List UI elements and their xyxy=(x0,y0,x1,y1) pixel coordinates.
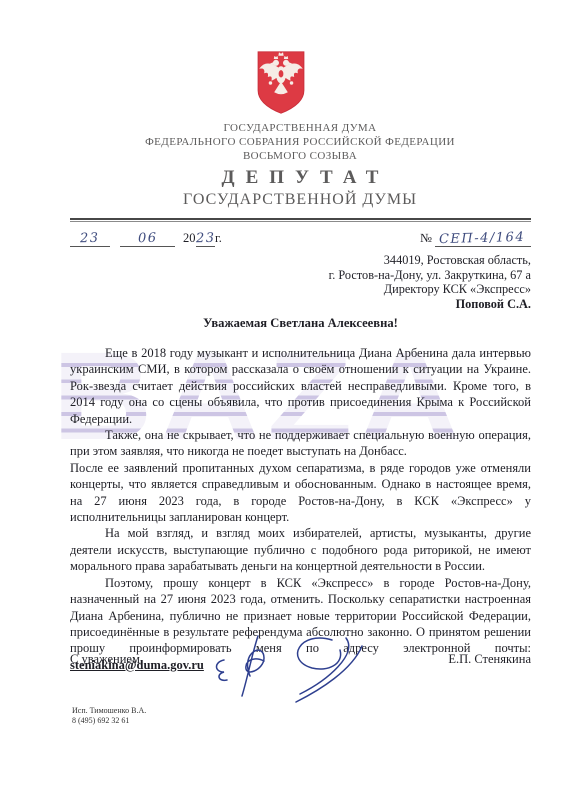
paragraph-2: Также, она не скрывает, что не поддержив… xyxy=(70,427,531,460)
org-line-3: ВОСЬМОГО СОЗЫВА xyxy=(70,149,530,163)
letterhead-org-lines: ГОСУДАРСТВЕННАЯ ДУМА ФЕДЕРАЛЬНОГО СОБРАН… xyxy=(70,121,530,163)
letter-body: Еще в 2018 году музыкант и исполнительни… xyxy=(70,345,531,673)
recipient-position: Директору КСК «Экспресс» xyxy=(210,282,531,297)
letter-page: ГОСУДАРСТВЕННАЯ ДУМА ФЕДЕРАЛЬНОГО СОБРАН… xyxy=(0,0,565,800)
meta-row: 23062023г. № СЕП-4/164 xyxy=(70,231,531,247)
deputy-title-block: ДЕПУТАТ ГОСУДАРСТВЕННОЙ ДУМЫ xyxy=(70,167,530,209)
paragraph-3: После ее заявлений пропитанных духом сеп… xyxy=(70,460,531,526)
signer-name: Е.П. Стенякина xyxy=(448,652,531,667)
executor-name: Исп. Тимошенко В.А. xyxy=(72,706,146,716)
deputy-title: ДЕПУТАТ xyxy=(70,167,530,189)
signature-scribble xyxy=(212,628,377,708)
letterhead-crest xyxy=(0,50,561,116)
date-month-handwritten: 06 xyxy=(138,231,158,247)
date-day-handwritten: 23 xyxy=(80,231,100,247)
paragraph-4: На мой взгляд, и взгляд моих избирателей… xyxy=(70,525,531,574)
number-label: № xyxy=(420,231,432,245)
date-year-handwritten: 23 xyxy=(195,231,215,247)
closing-respect: С уважением, xyxy=(70,652,143,667)
recipient-name: Поповой С.А. xyxy=(210,297,531,312)
org-line-2: ФЕДЕРАЛЬНОГО СОБРАНИЯ РОССИЙСКОЙ ФЕДЕРАЦ… xyxy=(70,135,530,149)
deputy-subtitle: ГОСУДАРСТВЕННОЙ ДУМЫ xyxy=(70,191,530,209)
letterhead-divider xyxy=(70,218,531,222)
date-year-prefix: 20 xyxy=(183,231,196,245)
number-field: № СЕП-4/164 xyxy=(420,231,531,247)
coat-of-arms-icon xyxy=(253,50,309,116)
paragraph-1: Еще в 2018 году музыкант и исполнительни… xyxy=(70,345,531,427)
salutation: Уважаемая Светлана Алексеевна! xyxy=(70,316,531,331)
footer-executor-block: Исп. Тимошенко В.А. 8 (495) 692 32 61 xyxy=(72,706,146,726)
recipient-block: 344019, Ростовская область, г. Ростов-на… xyxy=(210,253,531,311)
executor-phone: 8 (495) 692 32 61 xyxy=(72,716,146,726)
org-line-1: ГОСУДАРСТВЕННАЯ ДУМА xyxy=(70,121,530,135)
recipient-street: г. Ростов-на-Дону, ул. Закруткина, 67 а xyxy=(210,268,531,283)
recipient-postal: 344019, Ростовская область, xyxy=(210,253,531,268)
number-handwritten: СЕП-4/164 xyxy=(439,230,526,247)
date-field: 23062023г. xyxy=(70,231,222,247)
